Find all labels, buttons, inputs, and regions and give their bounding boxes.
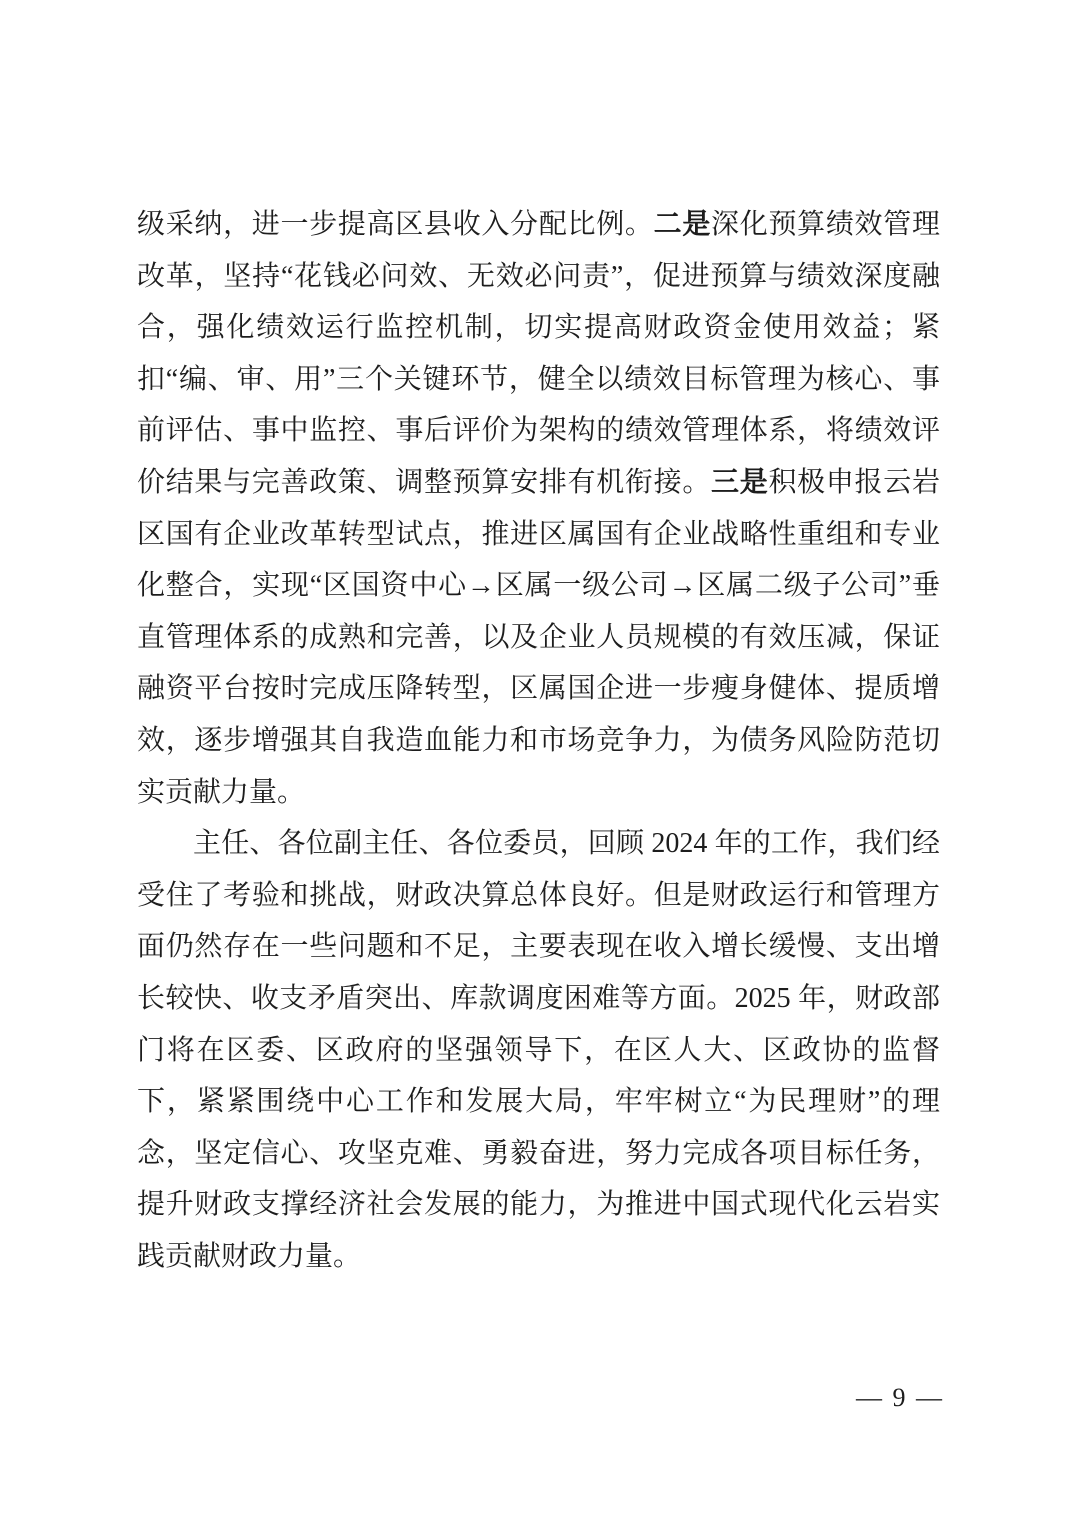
emphasis-run: 三是 (711, 467, 768, 498)
text-run: 深化预算绩效管理改革，坚持“花钱必问效、无效必问责”，促进预算与绩效深度融合，强… (137, 209, 940, 498)
emphasis-run: 二是 (654, 209, 711, 240)
text-run: 级采纳，进一步提高区县收入分配比例。 (137, 209, 654, 240)
page-number: — 9 — (856, 1383, 944, 1412)
text-run: 主任、各位副主任、各位委员，回顾 2024 年的工作，我们经受住了考验和挑战，财… (137, 828, 940, 1272)
paragraph: 级采纳，进一步提高区县收入分配比例。二是深化预算绩效管理改革，坚持“花钱必问效、… (137, 199, 940, 818)
page-footer: — 9 — (856, 1381, 944, 1415)
document-body: 级采纳，进一步提高区县收入分配比例。二是深化预算绩效管理改革，坚持“花钱必问效、… (137, 199, 940, 1282)
paragraph: 主任、各位副主任、各位委员，回顾 2024 年的工作，我们经受住了考验和挑战，财… (137, 818, 940, 1282)
text-run: 积极申报云岩区国有企业改革转型试点，推进区属国有企业战略性重组和专业化整合，实现… (137, 467, 940, 808)
